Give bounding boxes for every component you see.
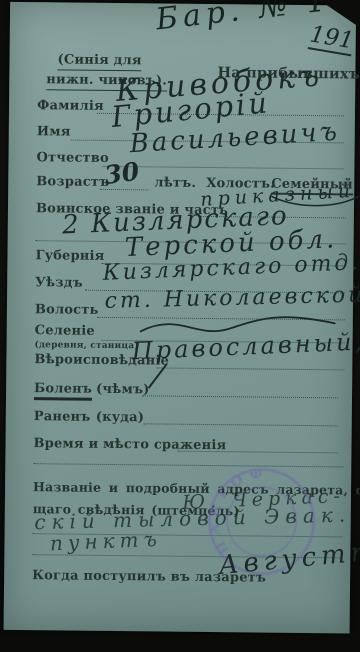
page-number-handwriting: 191: [308, 23, 356, 56]
form-sheet: Бар. № 1 191 (Синія для нижн. чиновъ). Н…: [4, 2, 357, 634]
wounded-line: [144, 423, 338, 426]
field-age-value: 30: [103, 159, 141, 188]
field-district-label: Уѣздъ: [35, 275, 83, 290]
field-wounded-label: Раненъ: [34, 409, 91, 425]
field-age-label: Возрастъ: [36, 174, 109, 190]
svg-text:ПАКГОФ: ПАКГОФ: [192, 461, 290, 558]
religion-line: [156, 367, 344, 370]
field-village-label: Селеніе: [35, 323, 95, 339]
field-volost-label: Волость: [35, 302, 99, 318]
field-sick-label: Боленъ: [34, 381, 92, 401]
field-name-label: Имя: [37, 124, 71, 139]
sick-line: [142, 395, 338, 398]
top-note-handwriting: Бар. № 1: [154, 0, 331, 35]
corner-note-line1: (Синія для: [57, 52, 141, 71]
field-hospital-value3: пунктъ: [50, 529, 163, 554]
stamp-arc-text: ПАКГОФ: [192, 461, 290, 558]
field-patronymic-label: Отчество: [36, 150, 109, 166]
sick-check-mark: [146, 361, 170, 389]
field-wounded-paren: (куда): [96, 410, 144, 426]
field-province-label: Губернія: [35, 248, 104, 264]
age-unit-label: лѣтъ.: [154, 175, 196, 190]
field-surname-label: Фамилія: [37, 98, 104, 114]
field-village-sublabel: (деревня, станица): [34, 340, 138, 351]
